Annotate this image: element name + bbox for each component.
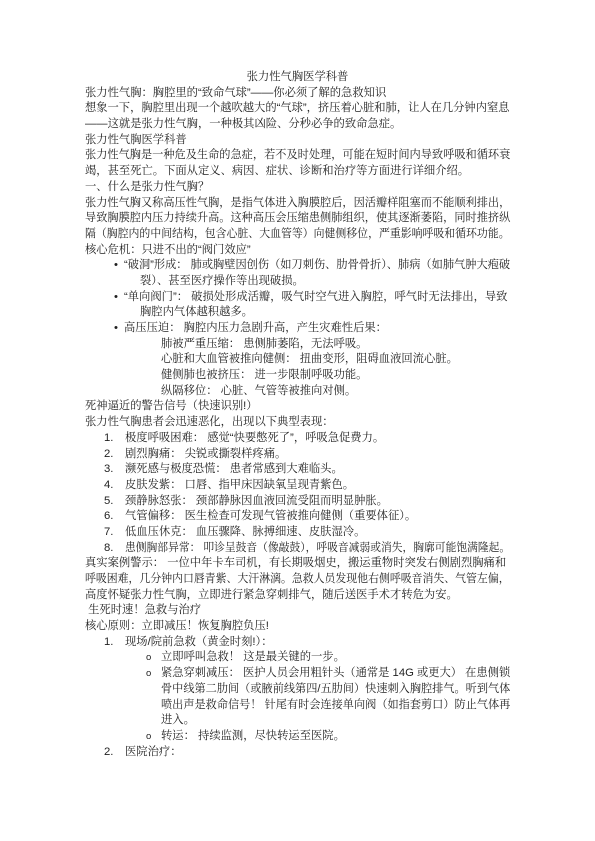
o-marker: o xyxy=(146,666,151,682)
number-marker: 3. xyxy=(104,462,113,478)
text-line: 呼吸困难，几分钟内口唇青紫、大汗淋漓。急救人员发现他右侧呼吸音消失、气管左偏， xyxy=(85,572,510,588)
numbered-item: 8.患侧胸部异常： 叩诊呈鼓音（像敲鼓），呼吸音减弱或消失，胸廓可能饱满隆起。 xyxy=(85,541,510,557)
sub-bullet-item: o立即呼叫急救！ 这是最关键的一步。 xyxy=(85,650,510,666)
section-heading: 张力性气胸医学科普 xyxy=(85,133,510,149)
number-marker: 5. xyxy=(104,494,113,510)
bullet-marker: • xyxy=(114,258,118,274)
text-line: 真实案例警示： 一位中年卡车司机，有长期吸烟史，搬运重物时突发右侧剧烈胸痛和 xyxy=(85,556,510,572)
document-page: 张力性气胸医学科普 张力性气胸：胸腔里的“致命气球”——你必须了解的急救知识 想… xyxy=(0,0,595,841)
number-marker: 1. xyxy=(104,431,113,447)
document-content: 张力性气胸医学科普 张力性气胸：胸腔里的“致命气球”——你必须了解的急救知识 想… xyxy=(85,70,510,760)
page-title: 张力性气胸医学科普 xyxy=(85,70,510,86)
number-marker: 2. xyxy=(104,745,113,761)
section-heading: 死神逼近的警告信号（快速识别!） xyxy=(85,399,510,415)
bullet-item: •“单向阀门”： 破损处形成活瓣，吸气时空气进入胸腔，呼气时无法排出，导致 xyxy=(85,290,510,306)
section-heading: 一、什么是张力性气胸？ xyxy=(85,180,510,196)
text-line: 张力性气胸又称高压性气胸，是指气体进入胸膜腔后，因活瓣样阻塞而不能顺利排出， xyxy=(85,196,510,212)
sub-text-line: 健侧肺也被挤压： 进一步限制呼吸功能。 xyxy=(85,368,510,384)
text-line: 张力性气胸患者会迅速恶化，出现以下典型表现： xyxy=(85,415,510,431)
numbered-item: 1.现场/院前急救（黄金时刻!）： xyxy=(85,635,510,651)
section-heading: 生死时速！急救与治疗 xyxy=(85,603,510,619)
text-line: 高度怀疑张力性气胸，立即进行紧急穿刺排气，随后送医手术才转危为安。 xyxy=(85,588,510,604)
numbered-item: 2.医院治疗： xyxy=(85,745,510,761)
text-line: 张力性气胸是一种危及生命的急症，若不及时处理，可能在短时间内导致呼吸和循环衰 xyxy=(85,148,510,164)
number-marker: 4. xyxy=(104,478,113,494)
numbered-item: 2.剧烈胸痛： 尖锐或撕裂样疼痛。 xyxy=(85,447,510,463)
numbered-item: 5.颈静脉怒张： 颈部静脉因血液回流受阻而明显肿胀。 xyxy=(85,494,510,510)
text-line: ——这就是张力性气胸，一种极其凶险、分秒必争的致命急症。 xyxy=(85,117,510,133)
numbered-item: 7.低血压休克： 血压骤降、脉搏细速、皮肤湿冷。 xyxy=(85,525,510,541)
sub-text-line: 纵隔移位： 心脏、气管等被推向对侧。 xyxy=(85,384,510,400)
section-heading: 核心危机：只进不出的“阀门效应” xyxy=(85,243,510,259)
text-line: 竭，甚至死亡。下面从定义、病因、症状、诊断和治疗等方面进行详细介绍。 xyxy=(85,164,510,180)
numbered-item: 1.极度呼吸困难： 感觉“快要憋死了”，呼吸急促费力。 xyxy=(85,431,510,447)
text-line: 导致胸膜腔内压力持续升高。这种高压会压缩患侧肺组织，使其逐渐萎陷，同时推挤纵 xyxy=(85,211,510,227)
text-line: 隔（胸腔内的中间结构，包含心脏、大血管等）向健侧移位，严重影响呼吸和循环功能。 xyxy=(85,227,510,243)
number-marker: 1. xyxy=(104,635,113,651)
text-line: 裂）、甚至医疗操作等出现破损。 xyxy=(85,274,510,290)
number-marker: 7. xyxy=(104,525,113,541)
bullet-item: •高压压迫： 胸腔内压力急剧升高，产生灾难性后果： xyxy=(85,321,510,337)
bullet-marker: • xyxy=(114,290,118,306)
o-marker: o xyxy=(146,729,151,745)
numbered-item: 6.气管偏移： 医生检查可发现气管被推向健侧（重要体征）。 xyxy=(85,509,510,525)
numbered-item: 4.皮肤发紫： 口唇、指甲床因缺氧呈现青紫色。 xyxy=(85,478,510,494)
text-line: 想象一下，胸腔里出现一个越吹越大的“气球”，挤压着心脏和肺，让人在几分钟内窒息 xyxy=(85,101,510,117)
number-marker: 6. xyxy=(104,509,113,525)
sub-bullet-item: o转运： 持续监测，尽快转运至医院。 xyxy=(85,729,510,745)
o-marker: o xyxy=(146,650,151,666)
numbered-item: 3.濒死感与极度恐慌： 患者常感到大难临头。 xyxy=(85,462,510,478)
number-marker: 2. xyxy=(104,447,113,463)
number-marker: 8. xyxy=(104,541,113,557)
text-line: 张力性气胸：胸腔里的“致命气球”——你必须了解的急救知识 xyxy=(85,86,510,102)
sub-text-line: 心脏和大血管被推向健侧： 扭曲变形，阻碍血液回流心脏。 xyxy=(85,352,510,368)
sub-bullet-item: o紧急穿刺减压： 医护人员会用粗针头（通常是 14G 或更大） 在患侧锁 xyxy=(85,666,510,682)
text-line: 核心原则：立即减压！恢复胸腔负压! xyxy=(85,619,510,635)
bullet-item: •“破洞”形成： 肺或胸壁因创伤（如刀刺伤、肋骨骨折）、肺病（如肺气肿大疱破 xyxy=(85,258,510,274)
text-line: 进入。 xyxy=(85,713,510,729)
text-line: 胸腔内气体越积越多。 xyxy=(85,305,510,321)
text-line: 骨中线第二肋间（或腋前线第四/五肋间）快速刺入胸腔排气。听到气体 xyxy=(85,682,510,698)
sub-text-line: 肺被严重压缩： 患侧肺萎陷，无法呼吸。 xyxy=(85,337,510,353)
bullet-marker: • xyxy=(114,321,118,337)
text-line: 喷出声是救命信号！ 针尾有时会连接单向阀（如指套剪口）防止气体再 xyxy=(85,698,510,714)
